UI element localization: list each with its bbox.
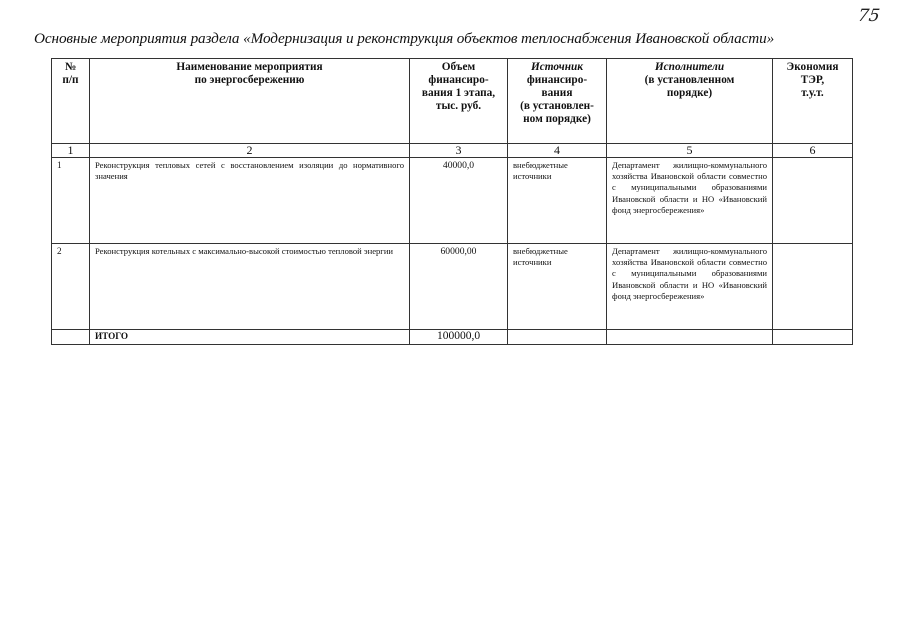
funding-amount: 60000,00 [410,244,508,330]
table-row: 2 Реконструкция котельных с максимально-… [52,244,853,330]
funding-source: внебюджетные источники [508,158,607,244]
column-number: 1 [52,144,90,158]
funding-amount: 40000,0 [410,158,508,244]
total-executors [607,330,773,345]
header-funding-volume: Объем финансиро- вания 1 этапа, тыс. руб… [410,59,508,144]
funding-source: внебюджетные источники [508,244,607,330]
column-number: 6 [773,144,853,158]
energy-savings [773,244,853,330]
executors: Департамент жилищно-коммунального хозяйс… [607,158,773,244]
energy-savings [773,158,853,244]
total-row: ИТОГО 100000,0 [52,330,853,345]
column-number-row: 1 2 3 4 5 6 [52,144,853,158]
column-number: 4 [508,144,607,158]
header-funding-source: Источник финансиро- вания (в установлен-… [508,59,607,144]
document-title: Основные мероприятия раздела «Модернизац… [34,30,774,48]
column-number: 5 [607,144,773,158]
header-number: № п/п [52,59,90,144]
header-measure-name: Наименование мероприятия по энергосбереж… [90,59,410,144]
header-row: № п/п Наименование мероприятия по энерго… [52,59,853,144]
total-savings [773,330,853,345]
total-label: ИТОГО [90,330,410,345]
executors: Департамент жилищно-коммунального хозяйс… [607,244,773,330]
column-number: 3 [410,144,508,158]
row-index: 2 [52,244,90,330]
total-index [52,330,90,345]
page-number: 75 [857,6,881,26]
measure-name: Реконструкция котельных с максимально-вы… [90,244,410,330]
measures-table: № п/п Наименование мероприятия по энерго… [51,58,853,345]
total-source [508,330,607,345]
header-energy-savings: Экономия ТЭР, т.у.т. [773,59,853,144]
column-number: 2 [90,144,410,158]
total-amount: 100000,0 [410,330,508,345]
table-row: 1 Реконструкция тепловых сетей с восстан… [52,158,853,244]
header-executors: Исполнители (в установленном порядке) [607,59,773,144]
row-index: 1 [52,158,90,244]
measure-name: Реконструкция тепловых сетей с восстанов… [90,158,410,244]
